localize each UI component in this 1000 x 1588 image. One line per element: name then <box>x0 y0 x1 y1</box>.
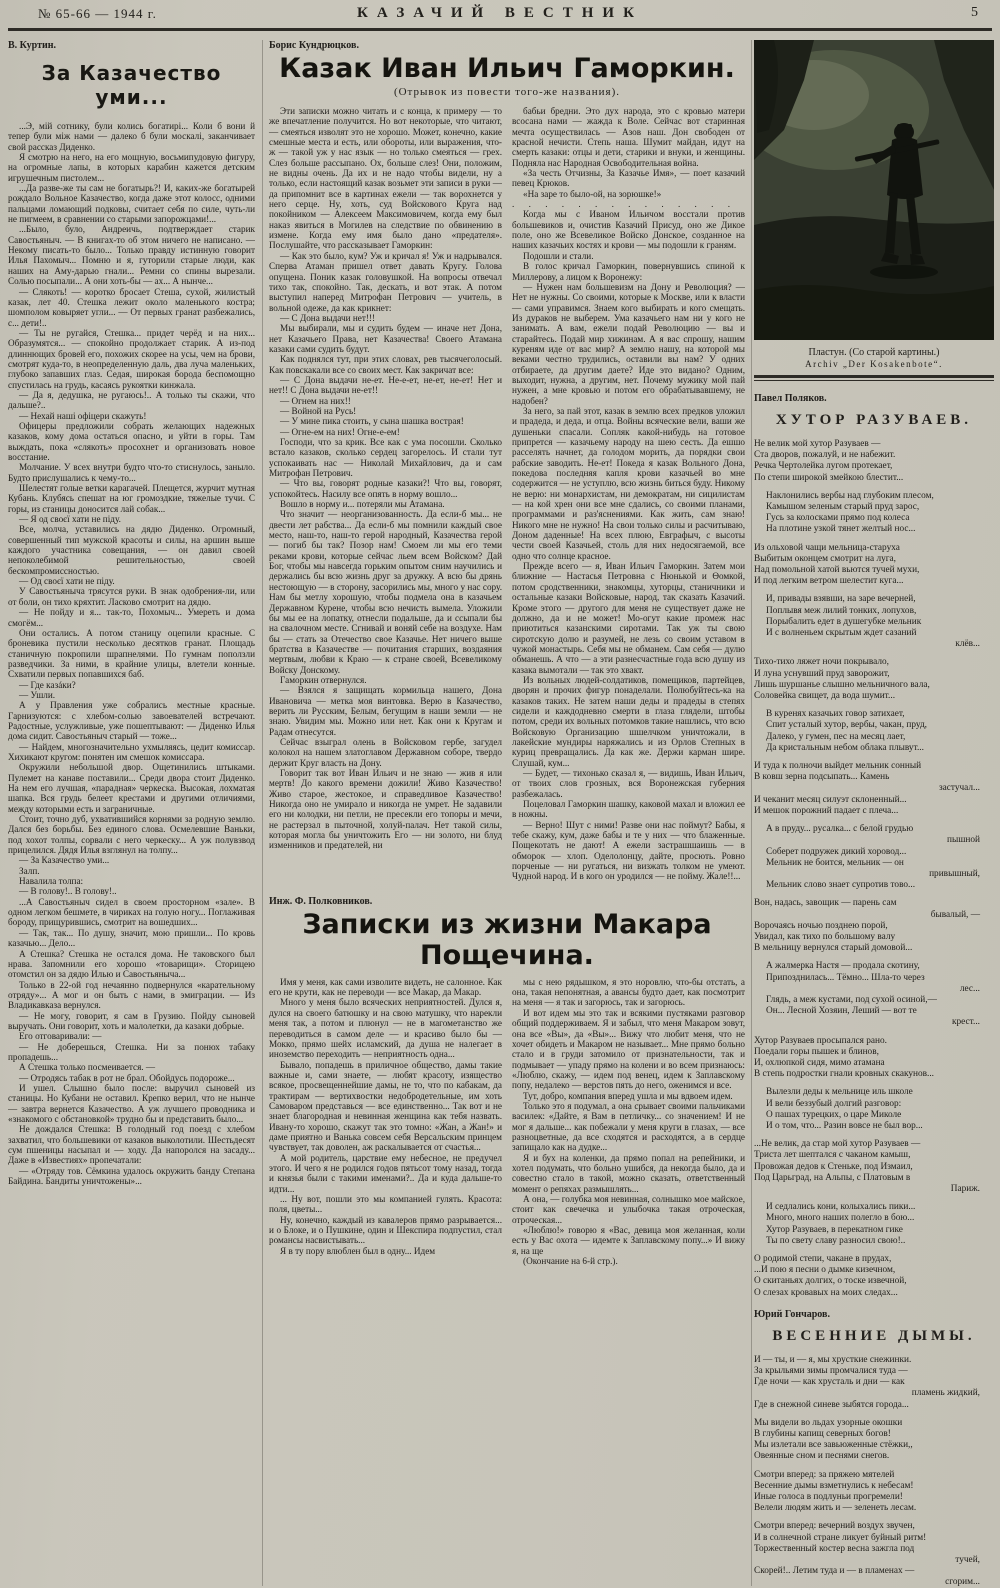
stanza: И — ты, и — я, мы хрусткие снежинки.За к… <box>754 1355 994 1411</box>
paragraph: — Да я, дедушка, не ругаюсь!.. А только … <box>8 390 255 411</box>
paragraph: . . . . . . . . . . . . . . <box>512 199 745 209</box>
paragraph: Я в ту пору влюблен был в одну... Идем <box>269 1246 502 1256</box>
poem-line: Много, много наших полегло в бою... <box>766 1213 994 1224</box>
left-article: В. Куртин. За Казачество уми... ...Э, мі… <box>8 40 259 1586</box>
paragraph: А у Правления уже собрались местные крас… <box>8 700 255 741</box>
poem-line: Поедали горы пышек и блинов, <box>754 1047 994 1058</box>
paragraph: ...Было, було, Андреичь, подтверждает ст… <box>8 224 255 286</box>
stanza: Смотри вперед: за пряжею мятелейВесенние… <box>754 1470 994 1515</box>
poem-line: бывалый, — <box>754 910 994 921</box>
poem-line: Да кристальным небом облака плывут... <box>766 743 994 754</box>
paragraph: Не дождался Стешка: В голодный год поезд… <box>8 1124 255 1165</box>
paragraph: Говорит так вот Иван Ильич и не знаю — ж… <box>269 768 502 851</box>
paragraph: Сейчас взыграл олень в Войсковом гербе, … <box>269 737 502 768</box>
paragraph: Эти записки можно читать и с конца, к пр… <box>269 106 502 251</box>
newspaper-title: КАЗАЧИЙ ВЕСТНИК <box>0 5 1000 22</box>
left-article-title: За Казачество уми... <box>8 61 255 109</box>
paragraph: ... Ну вот, пошли это мы компанией гулят… <box>269 1194 502 1215</box>
poem-line: Мы видели во льдах узорные окошки <box>754 1418 994 1429</box>
paragraph: — Огне-ем на них! Огне-е-ем! <box>269 427 502 437</box>
left-article-body: ...Э, мій сотнику, були колись богатирі.… <box>8 121 255 1186</box>
paragraph: бабьи бредни. Это дух народа, это с кров… <box>512 106 745 168</box>
main-article-author: Борис Кундрюцков. <box>269 40 745 51</box>
poem-line: И луна уснувший пруд заворожит, <box>754 669 994 680</box>
poem-line: Камышом зеленым старый пруд зарос, <box>766 502 994 513</box>
poem-line: Спит усталый хутор, вербы, чакан, пруд, <box>766 720 994 731</box>
poem-line: И — ты, и — я, мы хрусткие снежинки. <box>754 1355 994 1366</box>
poem-line: Над помольной хатой вьются тучей мухи, <box>754 565 994 576</box>
paragraph: (Окончание на 6-й стр.). <box>512 1256 745 1266</box>
poem-line: Триста лет шептался с чаканом камыш, <box>754 1150 994 1161</box>
stanza: Наклонились вербы над глубоким плесом,Ка… <box>766 491 994 536</box>
poem-line: Увидал, как тихо по большому валу <box>754 932 994 943</box>
poem-line: Глядь, а меж кустами, под сухой осиной,— <box>766 995 994 1006</box>
paragraph: мы с нею рядышком, я это норовлю, что-бы… <box>512 977 745 1008</box>
stanza: Тихо-тихо ляжет ночи покрывало,И луна ус… <box>754 657 994 702</box>
paragraph: Имя у меня, как сами изволите видеть, не… <box>269 977 502 998</box>
paragraph: — Найдем, многозначительно ухмыляясь, це… <box>8 742 255 763</box>
paragraph: — «Отряду тов. Сёмкина удалось окружить … <box>8 1166 255 1187</box>
paragraph: Ну, конечно, каждый из кавалеров прямо р… <box>269 1215 502 1246</box>
paragraph: Шелестят голые ветки карагачей. Плещется… <box>8 483 255 514</box>
paragraph: Когда мы с Иваном Ильичом восстали проти… <box>512 209 745 250</box>
poem-line: Где ночи — как хрусталь и дни — как <box>754 1377 994 1388</box>
poem-line: А жалмерка Настя — продала скотину, <box>766 961 994 972</box>
poem-line: Вылезли деды к мельнице иль школе <box>766 1087 994 1098</box>
poem-line: В ковш зерна подсыпать... Камень <box>754 772 994 783</box>
poem-line: И седлались кони, колыхались пики... <box>766 1202 994 1213</box>
paragraph: — В голову!.. В голову!.. <box>8 886 255 896</box>
paragraph: — Верно! Шут с ними! Разве они нас пойму… <box>512 820 745 882</box>
poem-line: клёв... <box>766 639 994 650</box>
paragraph: — Взялся я защищать кормильца нашего, До… <box>269 685 502 737</box>
poem-line: сгорим... <box>754 1577 994 1586</box>
poem1-body: Не велик мой хутор Разуваев —Ста дворов,… <box>754 439 994 1299</box>
paragraph: — Не могу, говорит, я сам в Грузию. Пойд… <box>8 1011 255 1032</box>
stanza: И, привады взявши, на заре вечерней,Попл… <box>766 594 994 650</box>
poem2-title: ВЕСЕННИЕ ДЫМЫ. <box>754 1328 994 1345</box>
paragraph: Подошли и стали. <box>512 251 745 261</box>
stanza: Вон, надась, завощик — парень самбывалый… <box>754 898 994 954</box>
poem-line: И о том, что... Разин вовсе не был вор..… <box>766 1121 994 1132</box>
bottom-article-title: Записки из жизни Макара Пощечина. <box>269 909 745 971</box>
paragraph: Все, молча, уставились на дядю Диденко. … <box>8 524 255 576</box>
image-credit: Archiv „Der Kosakenbote“. <box>754 359 994 369</box>
stanza: И седлались кони, колыхались пики...Мног… <box>766 1202 994 1247</box>
paragraph: Окружили небольшой двор. Ощетинились шты… <box>8 762 255 814</box>
poem-line: Провожая дедов к Стеньке, под Измаил, <box>754 1162 994 1173</box>
paragraph: У Савостьяныча трясутся руки. В знак одо… <box>8 586 255 607</box>
poem-line: Под Царьград, на Альпы, с Платовым в <box>754 1173 994 1184</box>
poem-line: Из ольховой чащи мельница-старуха <box>754 543 994 554</box>
poem-line: пышной <box>766 835 994 846</box>
bottom-article-author: Инж. Ф. Полковников. <box>269 896 745 907</box>
poem-line: Велели людям жить и — зеленеть лесам. <box>754 1503 994 1514</box>
poem-line: Ты по свету славу разносил свою!.. <box>766 1236 994 1247</box>
paragraph: — Что вы, говорят родные казаки?! Что вы… <box>269 478 502 499</box>
paragraph: — С Дона выдачи нет!!! <box>269 313 502 323</box>
paragraph: Мы выбирали, мы и судить будем — иначе н… <box>269 323 502 354</box>
poem-line: И в солнечной стране ликует буйный ритм! <box>754 1533 994 1544</box>
right-section: Пластун. (Со старой картины.) Archiv „De… <box>754 40 994 1586</box>
paragraph: — Нехай наші офіцери скажуть! <box>8 411 255 421</box>
paragraph: ...А Савостьяныч сидел в своем просторно… <box>8 897 255 928</box>
page-number: 5 <box>971 5 978 21</box>
poem-line: И туда к полночи выйдет мельник сонный <box>754 761 994 772</box>
paragraph: Залп. <box>8 866 255 876</box>
poem-line: В мельницу вернулся старый домовой... <box>754 943 994 954</box>
paragraph: «За честь Отчизны, За Казачье Имя», — по… <box>512 168 745 189</box>
main-article: Борис Кундрюцков. Казак Иван Ильич Гамор… <box>269 40 745 882</box>
poem-line: привышный, <box>766 869 994 880</box>
poem1-author: Павел Поляков. <box>754 393 994 404</box>
poem-line: тучей, <box>754 1555 994 1566</box>
poem-vesennie-dymy: Юрий Гончаров. ВЕСЕННИЕ ДЫМЫ. И — ты, и … <box>754 1309 994 1586</box>
paragraph: За него, за пай этот, казак в землю всех… <box>512 406 745 561</box>
paragraph: ...Э, мій сотнику, були колись богатирі.… <box>8 121 255 152</box>
newspaper-page: № 65-66 — 1944 г. КАЗАЧИЙ ВЕСТНИК 5 В. К… <box>0 0 1000 1588</box>
poem-line: Мельник не боится, мельник — он <box>766 858 994 869</box>
poem-line: Ста дворов, пожалуй, и не набежит. <box>754 450 994 461</box>
paragraph: Прежде всего — я, Иван Ильич Гаморкин. З… <box>512 561 745 675</box>
paragraph: — Будет, — тихонько сказал я, — видишь, … <box>512 768 745 799</box>
poem-line: И, привады взявши, на заре вечерней, <box>766 594 994 605</box>
paragraph: Я смотрю на него, на его мощную, восьмип… <box>8 152 255 183</box>
paragraph: — Войной на Русь! <box>269 406 502 416</box>
poem-line: На плотине узкой тянет желтый нос... <box>766 524 994 535</box>
paragraph: Что значит — неорганизованность. Да если… <box>269 509 502 675</box>
paragraph: — Од своєї хати не піду. <box>8 576 255 586</box>
poem-line: О слезах кровавых на моих следах... <box>754 1288 994 1299</box>
poem-line: Овеянные сном и песнями снегов. <box>754 1451 994 1462</box>
poem-line: В куренях казачьих говор затихает, <box>766 709 994 720</box>
poem-line: Хутор Разуваев просыпался рано. <box>754 1036 994 1047</box>
poem-line: Вон, надась, завощик — парень сам <box>754 898 994 909</box>
paragraph: — Отродясь табак в рот не брал. Обойдусь… <box>8 1073 255 1083</box>
middle-section: Борис Кундрюцков. Казак Иван Ильич Гамор… <box>262 40 752 1586</box>
stanza: Не велик мой хутор Разуваев —Ста дворов,… <box>754 439 994 484</box>
image-caption: Пластун. (Со старой картины.) <box>754 347 994 358</box>
paragraph: Они остались. А потом станицу оцепили кр… <box>8 628 255 680</box>
poem-line: Весенние дымы взметнулись к небесам! <box>754 1481 994 1492</box>
paragraph: — У мине пика стоить, у сына шашка востр… <box>269 416 502 426</box>
poem-line: Далеко, у гумен, пес на месяц лает, <box>766 732 994 743</box>
paragraph: Его отговаривали: — <box>8 1031 255 1041</box>
poem2-body: И — ты, и — я, мы хрусткие снежинки.За к… <box>754 1355 994 1586</box>
poem-line: пламень жидкий, <box>754 1388 994 1399</box>
paragraph: — Ты не ругайся, Стешка... придет черёд … <box>8 328 255 390</box>
poem-line: Тихо-тихо ляжет ночи покрывало, <box>754 657 994 668</box>
poem-line: И с волненьем скрытым ждет сазаний <box>766 628 994 639</box>
poem-line: Наклонились вербы над глубоким плесом, <box>766 491 994 502</box>
paragraph: В голос кричал Гаморкин, повернувшись сп… <box>512 261 745 282</box>
poem-line: Лишь шуршанье слышно мельничного вала, <box>754 680 994 691</box>
paragraph: — За Казачество уми... <box>8 855 255 865</box>
poem-line: И чеканит месяц силуэт склоненный... <box>754 795 994 806</box>
paragraph: — Нужен нам большевизм на Дону и Революц… <box>512 282 745 406</box>
poem-khutor-razuvaev: Павел Поляков. ХУТОР РАЗУВАЕВ. Не велик … <box>754 393 994 1299</box>
paragraph: «Люблю!» говорю я «Вас, девица моя желан… <box>512 1225 745 1256</box>
paragraph: Тут, добро, компания вперед ушла и мы вд… <box>512 1091 745 1101</box>
paragraph: Гаморкин отвернулся. <box>269 675 502 685</box>
poem-line: ...Не велик, да стар мой хутор Разуваев … <box>754 1139 994 1150</box>
paragraph: А мой родитель, царствие ему небесное, н… <box>269 1153 502 1194</box>
paragraph: — Огнем на них!! <box>269 396 502 406</box>
poem-line: Не велик мой хутор Разуваев — <box>754 439 994 450</box>
poem-line: Ворочаясь ночью позднею порой, <box>754 921 994 932</box>
stanza: Смотри вперед: вечерний воздух звучен,И … <box>754 1521 994 1586</box>
poem-line: лес... <box>766 984 994 995</box>
main-article-col1: Эти записки можно читать и с конца, к пр… <box>269 106 502 882</box>
paragraph: — Так, так... По душу, значит, мою пришл… <box>8 928 255 949</box>
paragraph: Навалила толпа: <box>8 876 255 886</box>
paragraph: — Я од своєї хати не піду. <box>8 514 255 524</box>
stanza: И туда к полночи выйдет мельник сонныйВ … <box>754 761 994 817</box>
masthead: № 65-66 — 1944 г. КАЗАЧИЙ ВЕСТНИК 5 <box>0 0 1000 34</box>
poem-line: И под легким ветром шелестит куга... <box>754 576 994 587</box>
paragraph: — Где казáки? <box>8 680 255 690</box>
poem-line: Речка Чертолейка лугом протекает, <box>754 461 994 472</box>
paragraph: Вошло в норму и... потеряли мы Атамана. <box>269 499 502 509</box>
main-article-title: Казак Иван Ильич Гаморкин. <box>269 53 745 84</box>
poem-line: Смотри вперед: вечерний воздух звучен, <box>754 1521 994 1532</box>
poem-line: И мешок порожний падает с плеча... <box>754 806 994 817</box>
poem-line: Выбитым оконцем смотрит на луга, <box>754 554 994 565</box>
paragraph: И ушел. Слышно было после: выручил сынов… <box>8 1083 255 1124</box>
poem1-title: ХУТОР РАЗУВАЕВ. <box>754 412 994 429</box>
stanza: О родимой степи, чакане в прудах,...И по… <box>754 1254 994 1299</box>
poem-line: Припозднилась... Тёмно... Шла-то через <box>766 973 994 984</box>
bottom-article-col1: Имя у меня, как сами изволите видеть, не… <box>269 977 502 1267</box>
poem-line: О родимой степи, чакане в прудах, <box>754 1254 994 1265</box>
section-rule <box>754 375 994 381</box>
poem-line: В глубины капищ северных богов! <box>754 1429 994 1440</box>
paragraph: «На заре то было-ой, на зорюшке!» <box>512 189 745 199</box>
bottom-article: Инж. Ф. Полковников. Записки из жизни Ма… <box>269 896 745 1267</box>
poem-line: Соберет подружек дикий хоровод... <box>766 847 994 858</box>
main-article-col2: бабьи бредни. Это дух народа, это с кров… <box>512 106 745 882</box>
stanza: ...Не велик, да стар мой хутор Разуваев … <box>754 1139 994 1195</box>
poem-line: крест... <box>766 1017 994 1028</box>
poem-line: О пашах турецких, о царе Миколе <box>766 1110 994 1121</box>
bottom-article-col2: мы с нею рядышком, я это норовлю, что-бы… <box>512 977 745 1267</box>
paragraph: Поцеловал Гаморкин шашку, каковой махал … <box>512 799 745 820</box>
paragraph: Только это я подумал, а она срывает свои… <box>512 1101 745 1153</box>
poem-line: И вели беззубый долгий разговор: <box>766 1099 994 1110</box>
paragraph: — Как это было, кум? Уж и кричал я! Уж и… <box>269 251 502 313</box>
paragraph: Много у меня было всяческих неприятносте… <box>269 997 502 1059</box>
poem-line: А в пруду... русалка... с белой грудью <box>766 824 994 835</box>
poem-line: О скитаньях долгих, о тоске извечной, <box>754 1276 994 1287</box>
poem-line: застучал... <box>754 783 994 794</box>
paragraph: ...Да разве-же ты сам не богатырь?! И, к… <box>8 183 255 224</box>
poem-line: Скорей!.. Летим туда и — в пламенах — <box>754 1566 994 1577</box>
poem-line: Гусь за колосками прямо под колеса <box>766 513 994 524</box>
poem-line: За крыльями зимы промчалися туда — <box>754 1366 994 1377</box>
poem-line: В степь подростки гнали кровных скакунов… <box>754 1069 994 1080</box>
paragraph: — Ушли. <box>8 690 255 700</box>
poem-line: Смотри вперед: за пряжею мятелей <box>754 1470 994 1481</box>
poem-line: Торжественный костер весна зажгла под <box>754 1544 994 1555</box>
poem-line: Мы излетали все завьюженные стёжки,, <box>754 1440 994 1451</box>
left-article-author: В. Куртин. <box>8 40 255 51</box>
paragraph: Офицеры предложили собрать желающих наде… <box>8 421 255 462</box>
poem-line: Соловейка свищет, да вода шумит... <box>754 691 994 702</box>
paragraph: — Не доберешься, Стешка. Ни за понюх таб… <box>8 1042 255 1063</box>
poem-line: ...И пою я песни о дымке кизечном, <box>754 1265 994 1276</box>
poem-line: Иные голоса в подлуньи прогремели! <box>754 1492 994 1503</box>
paragraph: Как поднялся тут, при этих словах, рев т… <box>269 354 502 375</box>
stanza: Мы видели во льдах узорные окошкиВ глуби… <box>754 1418 994 1463</box>
main-article-subtitle: (Отрывок из повести того-же названия). <box>269 86 745 98</box>
paragraph: Я и бух на коленки, да прямо попал на ре… <box>512 1153 745 1194</box>
paragraph: А Стешка? Стешка не остался дома. Не так… <box>8 949 255 980</box>
paragraph: Господи, что за крик. Все как с ума посо… <box>269 437 502 478</box>
poem-line: Мельник слово знает супротив тово... <box>766 880 994 891</box>
stanza: Вылезли деды к мельнице иль школеИ вели … <box>766 1087 994 1132</box>
paragraph: Из вольных людей-солдатиков, помещиков, … <box>512 675 745 768</box>
paragraph: — Не пойду и я... так-то, Похомыч... Уме… <box>8 607 255 628</box>
paragraph: Молчание. У всех внутри будто что-то сти… <box>8 462 255 483</box>
poem-line: Париж. <box>754 1184 994 1195</box>
poem-line: Он... Лесной Хозяин, Леший — вот те <box>766 1006 994 1017</box>
paragraph: Стоит, точно дуб, ухватившийся корнями з… <box>8 814 255 855</box>
poem-line: Поплывя меж лилий тонких, лопухов, <box>766 606 994 617</box>
paragraph: Только в 22-ой год нечаянно подвернулся … <box>8 980 255 1011</box>
poem-line: Порыбалить едет в душегубке мельник <box>766 617 994 628</box>
paragraph: А Стешка только посмеивается. — <box>8 1062 255 1072</box>
paragraph: И вот идем мы это так и всякими пустякам… <box>512 1008 745 1091</box>
poem-line: Где в снежной синеве зыбятся города... <box>754 1400 994 1411</box>
masthead-rule <box>8 28 992 31</box>
paragraph: — С Дона выдачи не-ет. Не-е-ет, не-ет, н… <box>269 375 502 396</box>
stanza: Хутор Разуваев просыпался рано.Поедали г… <box>754 1036 994 1081</box>
paragraph: А она, — голубка моя невинная, солнышко … <box>512 1194 745 1225</box>
plastun-image <box>754 40 994 340</box>
poem-line: Хутор Разуваев, в перекатном гике <box>766 1225 994 1236</box>
stanza: В куренях казачьих говор затихает,Спит у… <box>766 709 994 754</box>
paragraph: — Слякоть! — коротко бросает Стеша, сухо… <box>8 287 255 328</box>
stanza: А в пруду... русалка... с белой грудьюпы… <box>766 824 994 891</box>
stanza: А жалмерка Настя — продала скотину,Припо… <box>766 961 994 1028</box>
poem2-author: Юрий Гончаров. <box>754 1309 994 1320</box>
stanza: Из ольховой чащи мельница-старухаВыбитым… <box>754 543 994 588</box>
poem-line: И, охлюпкой сидя, мимо атамана <box>754 1058 994 1069</box>
poem-line: По степи широкой змейкою блестит... <box>754 473 994 484</box>
paragraph: Бывало, попадешь в приличное общество, д… <box>269 1060 502 1153</box>
